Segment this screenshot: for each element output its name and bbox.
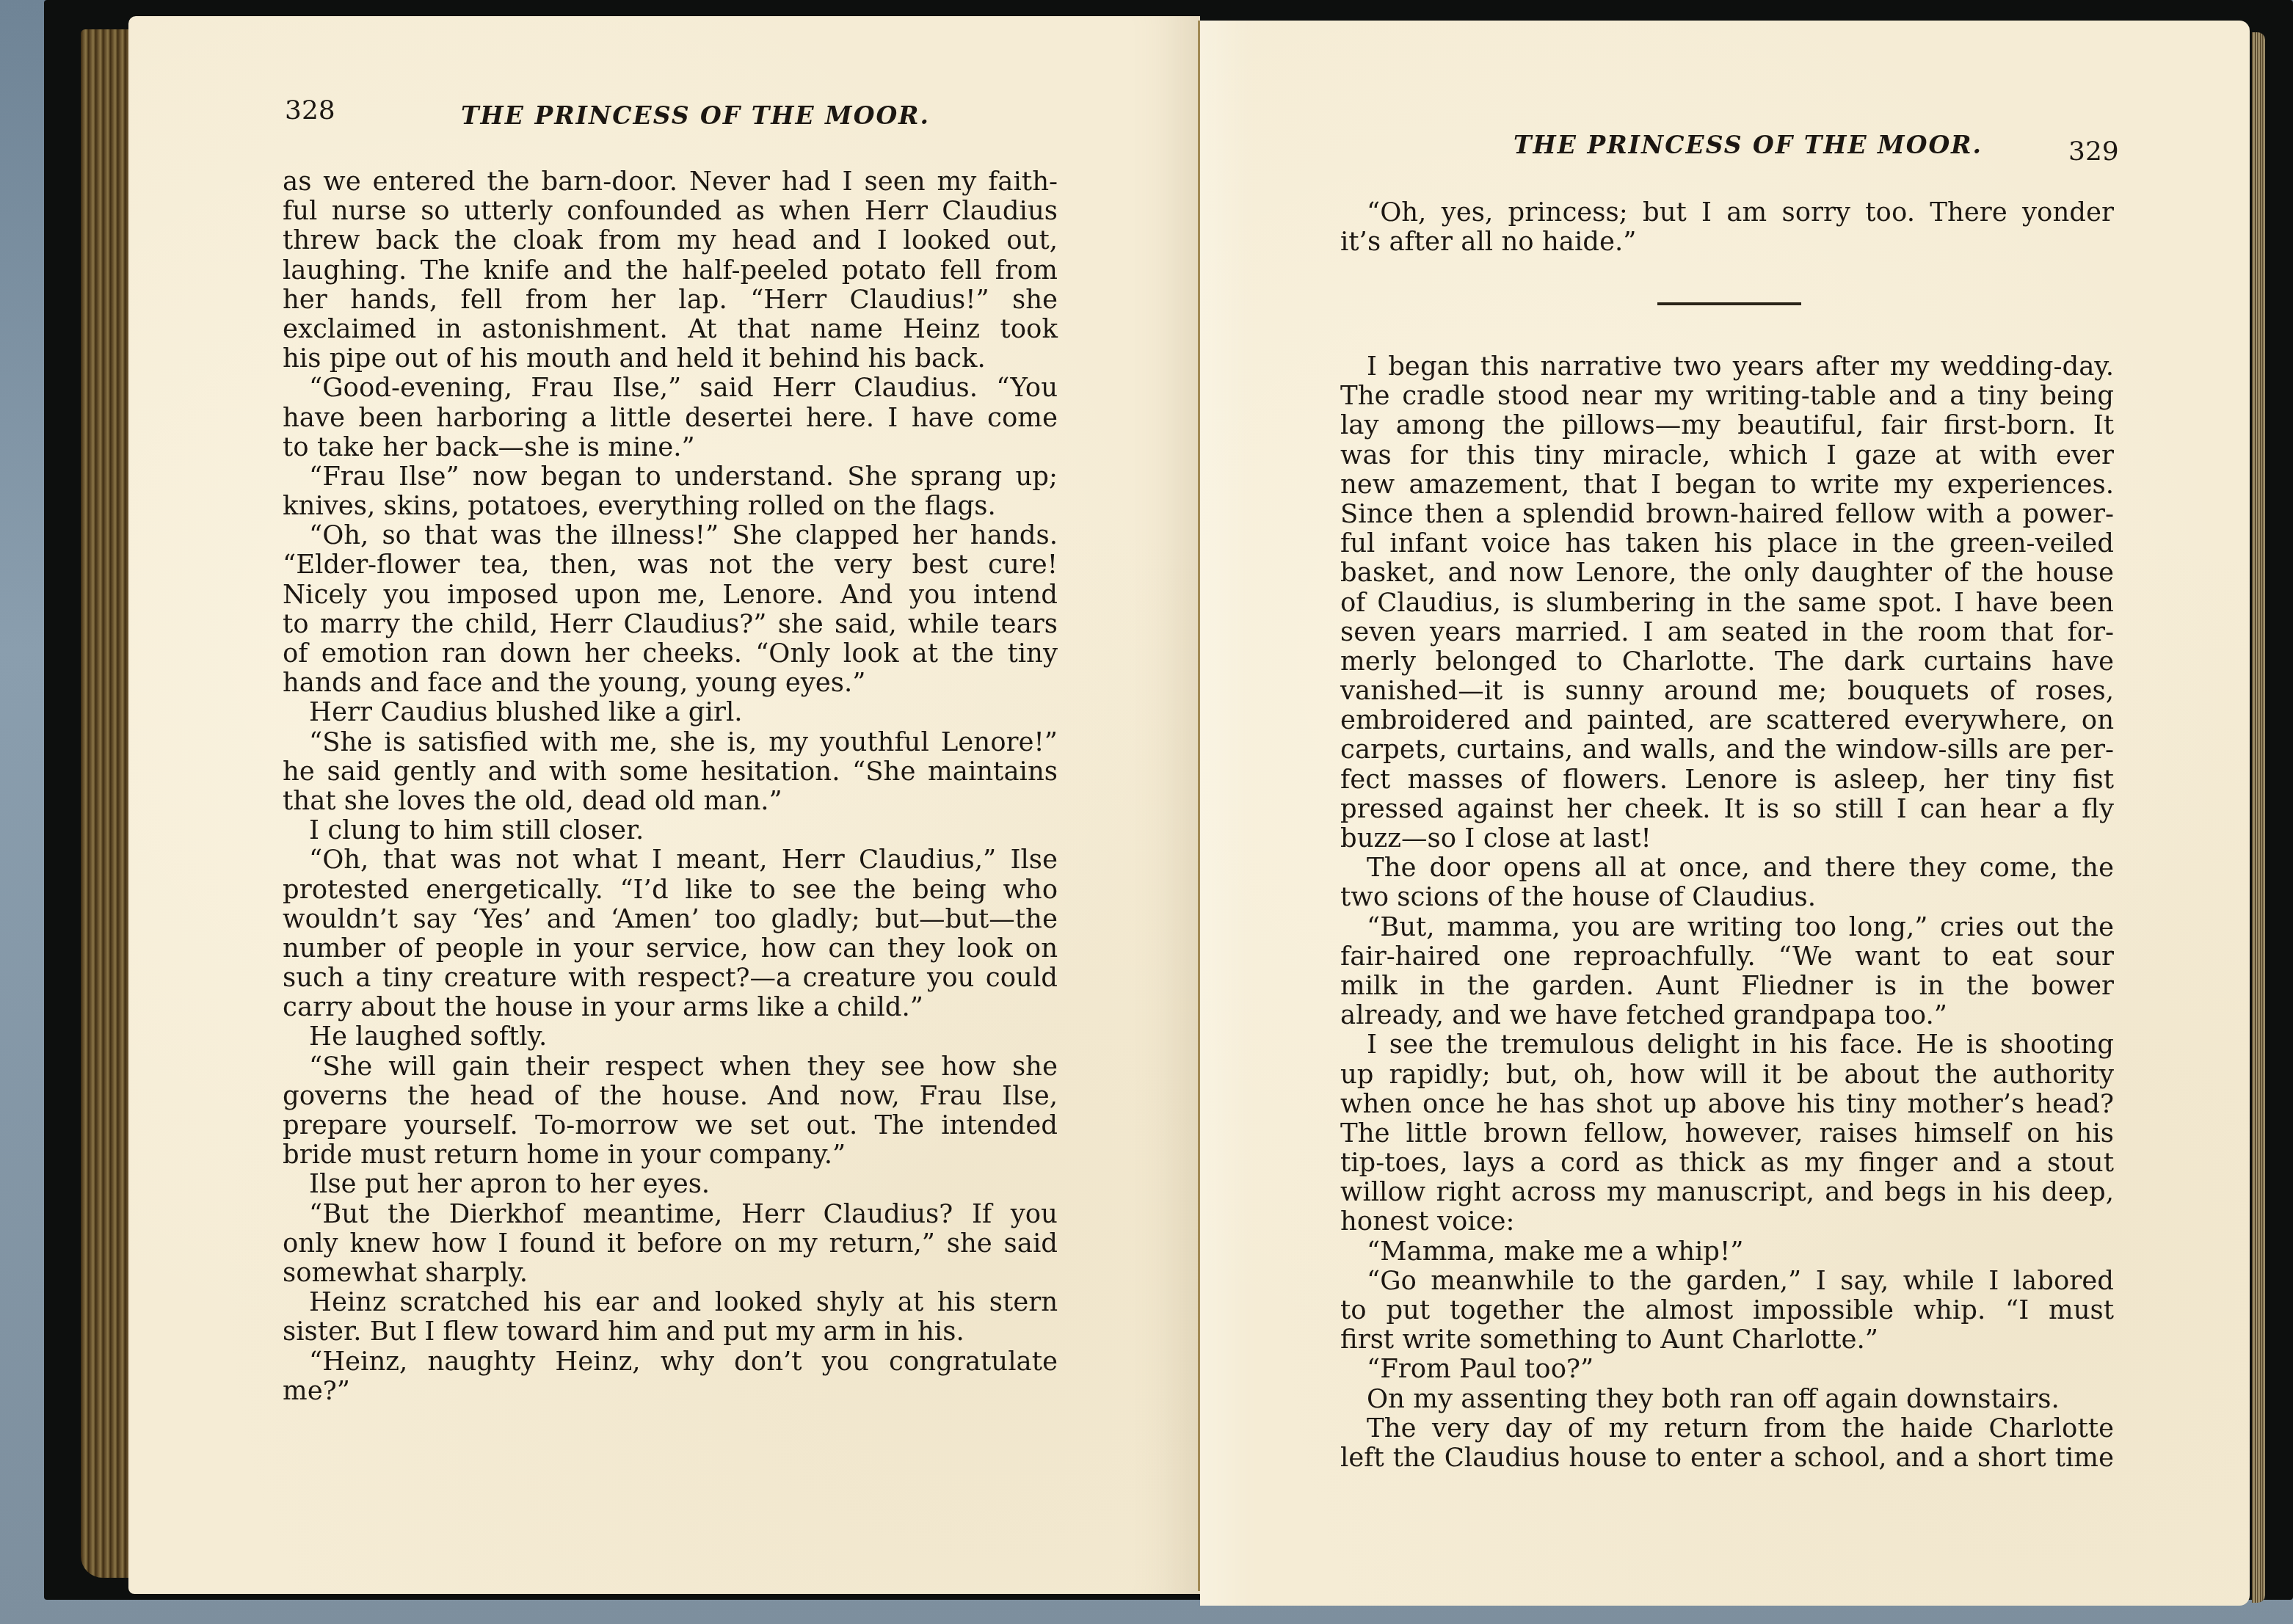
text-line: her hands, fell from her lap. “Herr Clau… [283,285,1058,315]
text-line: seven years married. I am seated in the … [1340,618,2114,647]
text-line: of emotion ran down her cheeks. “Only lo… [283,639,1058,669]
text-line: number of people in your service, how ca… [283,934,1058,964]
text-line: “Oh, that was not what I meant, Herr Cla… [283,845,1058,875]
text-line: “Heinz, naughty Heinz, why don’t you con… [283,1347,1058,1377]
text-line: “Oh, so that was the illness!” She clapp… [283,521,1058,550]
text-line: protested energetically. “I’d like to se… [283,875,1058,905]
text-line: “Elder-flower tea, then, was not the ver… [283,550,1058,580]
right-running-head: THE PRINCESS OF THE MOOR. [1513,131,1983,159]
text-line: vanished—it is sunny around me; bouquets… [1340,677,2114,706]
text-line: somewhat sharply. [283,1259,1058,1288]
text-line: The cradle stood near my writing-table a… [1340,382,2114,411]
text-line: “Oh, yes, princess; but I am sorry too. … [1340,198,2114,227]
text-line: The very day of my return from the haide… [1340,1414,2114,1443]
text-line: up rapidly; but, oh, how will it be abou… [1340,1060,2114,1090]
text-line: already, and we have fetched grandpapa t… [1340,1001,2114,1030]
text-line: it’s after all no haide.” [1340,227,2114,257]
right-page-number: 329 [2068,136,2119,167]
text-line: lay among the pillows—my beautiful, fair… [1340,411,2114,440]
text-line: “From Paul too?” [1340,1355,2114,1384]
text-line: prepare yourself. To-morrow we set out. … [283,1111,1058,1140]
text-line: pressed against her cheek. It is so stil… [1340,795,2114,824]
left-running-head: THE PRINCESS OF THE MOOR. [461,101,930,130]
text-line: buzz—so I close at last! [1340,824,2114,853]
text-line: have been harboring a little desertei he… [283,404,1058,433]
text-line: “She will gain their respect when they s… [283,1052,1058,1082]
text-line: merly belonged to Charlotte. The dark cu… [1340,647,2114,677]
book-gutter [1198,21,1200,1591]
text-line: ful infant voice has taken his place in … [1340,529,2114,558]
text-line: Herr Caudius blushed like a girl. [283,698,1058,727]
text-line: Ilse put her apron to her eyes. [283,1170,1058,1199]
text-line: his pipe out of his mouth and held it be… [283,344,1058,374]
right-page-edges [2252,32,2265,1603]
right-page-body: I began this narrative two years after m… [1340,352,2114,1473]
text-line: as we entered the barn-door. Never had I… [283,167,1058,197]
text-line: two scions of the house of Claudius. [1340,883,2114,912]
left-page-body: as we entered the barn-door. Never had I… [283,167,1058,1406]
text-line: basket, and now Lenore, the only daughte… [1340,558,2114,588]
text-line: hands and face and the young, young eyes… [283,669,1058,698]
text-line: of Claudius, is slumbering in the same s… [1340,589,2114,618]
text-line: “Frau Ilse” now began to understand. She… [283,462,1058,492]
text-line: to put together the almost impossible wh… [1340,1296,2114,1325]
text-line: carpets, curtains, and walls, and the wi… [1340,735,2114,765]
text-line: On my assenting they both ran off again … [1340,1385,2114,1414]
text-line: sister. But I flew toward him and put my… [283,1317,1058,1347]
text-line: to take her back—she is mine.” [283,433,1058,462]
text-line: Nicely you imposed upon me, Lenore. And … [283,580,1058,610]
text-line: I began this narrative two years after m… [1340,352,2114,382]
text-line: to marry the child, Herr Claudius?” she … [283,610,1058,639]
text-line: threw back the cloak from my head and I … [283,226,1058,255]
text-line: I see the tremulous delight in his face.… [1340,1030,2114,1060]
text-line: ful nurse so utterly confounded as when … [283,197,1058,226]
text-line: “But the Dierkhof meantime, Herr Claudiu… [283,1200,1058,1229]
text-line: he said gently and with some hesitation.… [283,757,1058,787]
right-page-opening: “Oh, yes, princess; but I am sorry too. … [1340,198,2114,257]
text-line: Since then a splendid brown-haired fello… [1340,500,2114,529]
text-line: The little brown fellow, however, raises… [1340,1119,2114,1148]
text-line: when once he has shot up above his tiny … [1340,1090,2114,1119]
left-page-edges [81,29,131,1578]
text-line: first write something to Aunt Charlotte.… [1340,1325,2114,1355]
text-line: exclaimed in astonishment. At that name … [283,315,1058,344]
text-line: left the Claudius house to enter a schoo… [1340,1443,2114,1473]
text-line: bride must return home in your company.” [283,1140,1058,1170]
text-line: me?” [283,1377,1058,1406]
text-line: new amazement, that I began to write my … [1340,470,2114,500]
text-line: willow right across my manuscript, and b… [1340,1178,2114,1207]
text-line: “Mamma, make me a whip!” [1340,1237,2114,1267]
text-line: such a tiny creature with respect?—a cre… [283,964,1058,993]
text-line: laughing. The knife and the half-peeled … [283,256,1058,285]
text-line: governs the head of the house. And now, … [283,1082,1058,1111]
text-line: embroidered and painted, are scattered e… [1340,706,2114,735]
text-line: Heinz scratched his ear and looked shyly… [283,1288,1058,1317]
text-line: I clung to him still closer. [283,816,1058,845]
text-line: honest voice: [1340,1207,2114,1237]
text-line: The door opens all at once, and there th… [1340,853,2114,883]
text-line: milk in the garden. Aunt Fliedner is in … [1340,972,2114,1001]
left-page-number: 328 [285,95,335,125]
text-line: only knew how I found it before on my re… [283,1229,1058,1259]
text-line: was for this tiny miracle, which I gaze … [1340,441,2114,470]
text-line: “But, mamma, you are writing too long,” … [1340,913,2114,942]
text-line: “Go meanwhile to the garden,” I say, whi… [1340,1267,2114,1296]
text-line: fair-haired one reproachfully. “We want … [1340,942,2114,972]
text-line: tip-toes, lays a cord as thick as my fin… [1340,1148,2114,1178]
text-line: carry about the house in your arms like … [283,993,1058,1022]
text-line: “Good-evening, Frau Ilse,” said Herr Cla… [283,374,1058,403]
section-break-rule [1657,302,1801,305]
text-line: knives, skins, potatoes, everything roll… [283,492,1058,521]
text-line: “She is satisfied with me, she is, my yo… [283,728,1058,757]
text-line: wouldn’t say ‘Yes’ and ‘Amen’ too gladly… [283,905,1058,934]
text-line: that she loves the old, dead old man.” [283,787,1058,816]
text-line: He laughed softly. [283,1022,1058,1052]
text-line: fect masses of flowers. Lenore is asleep… [1340,765,2114,795]
